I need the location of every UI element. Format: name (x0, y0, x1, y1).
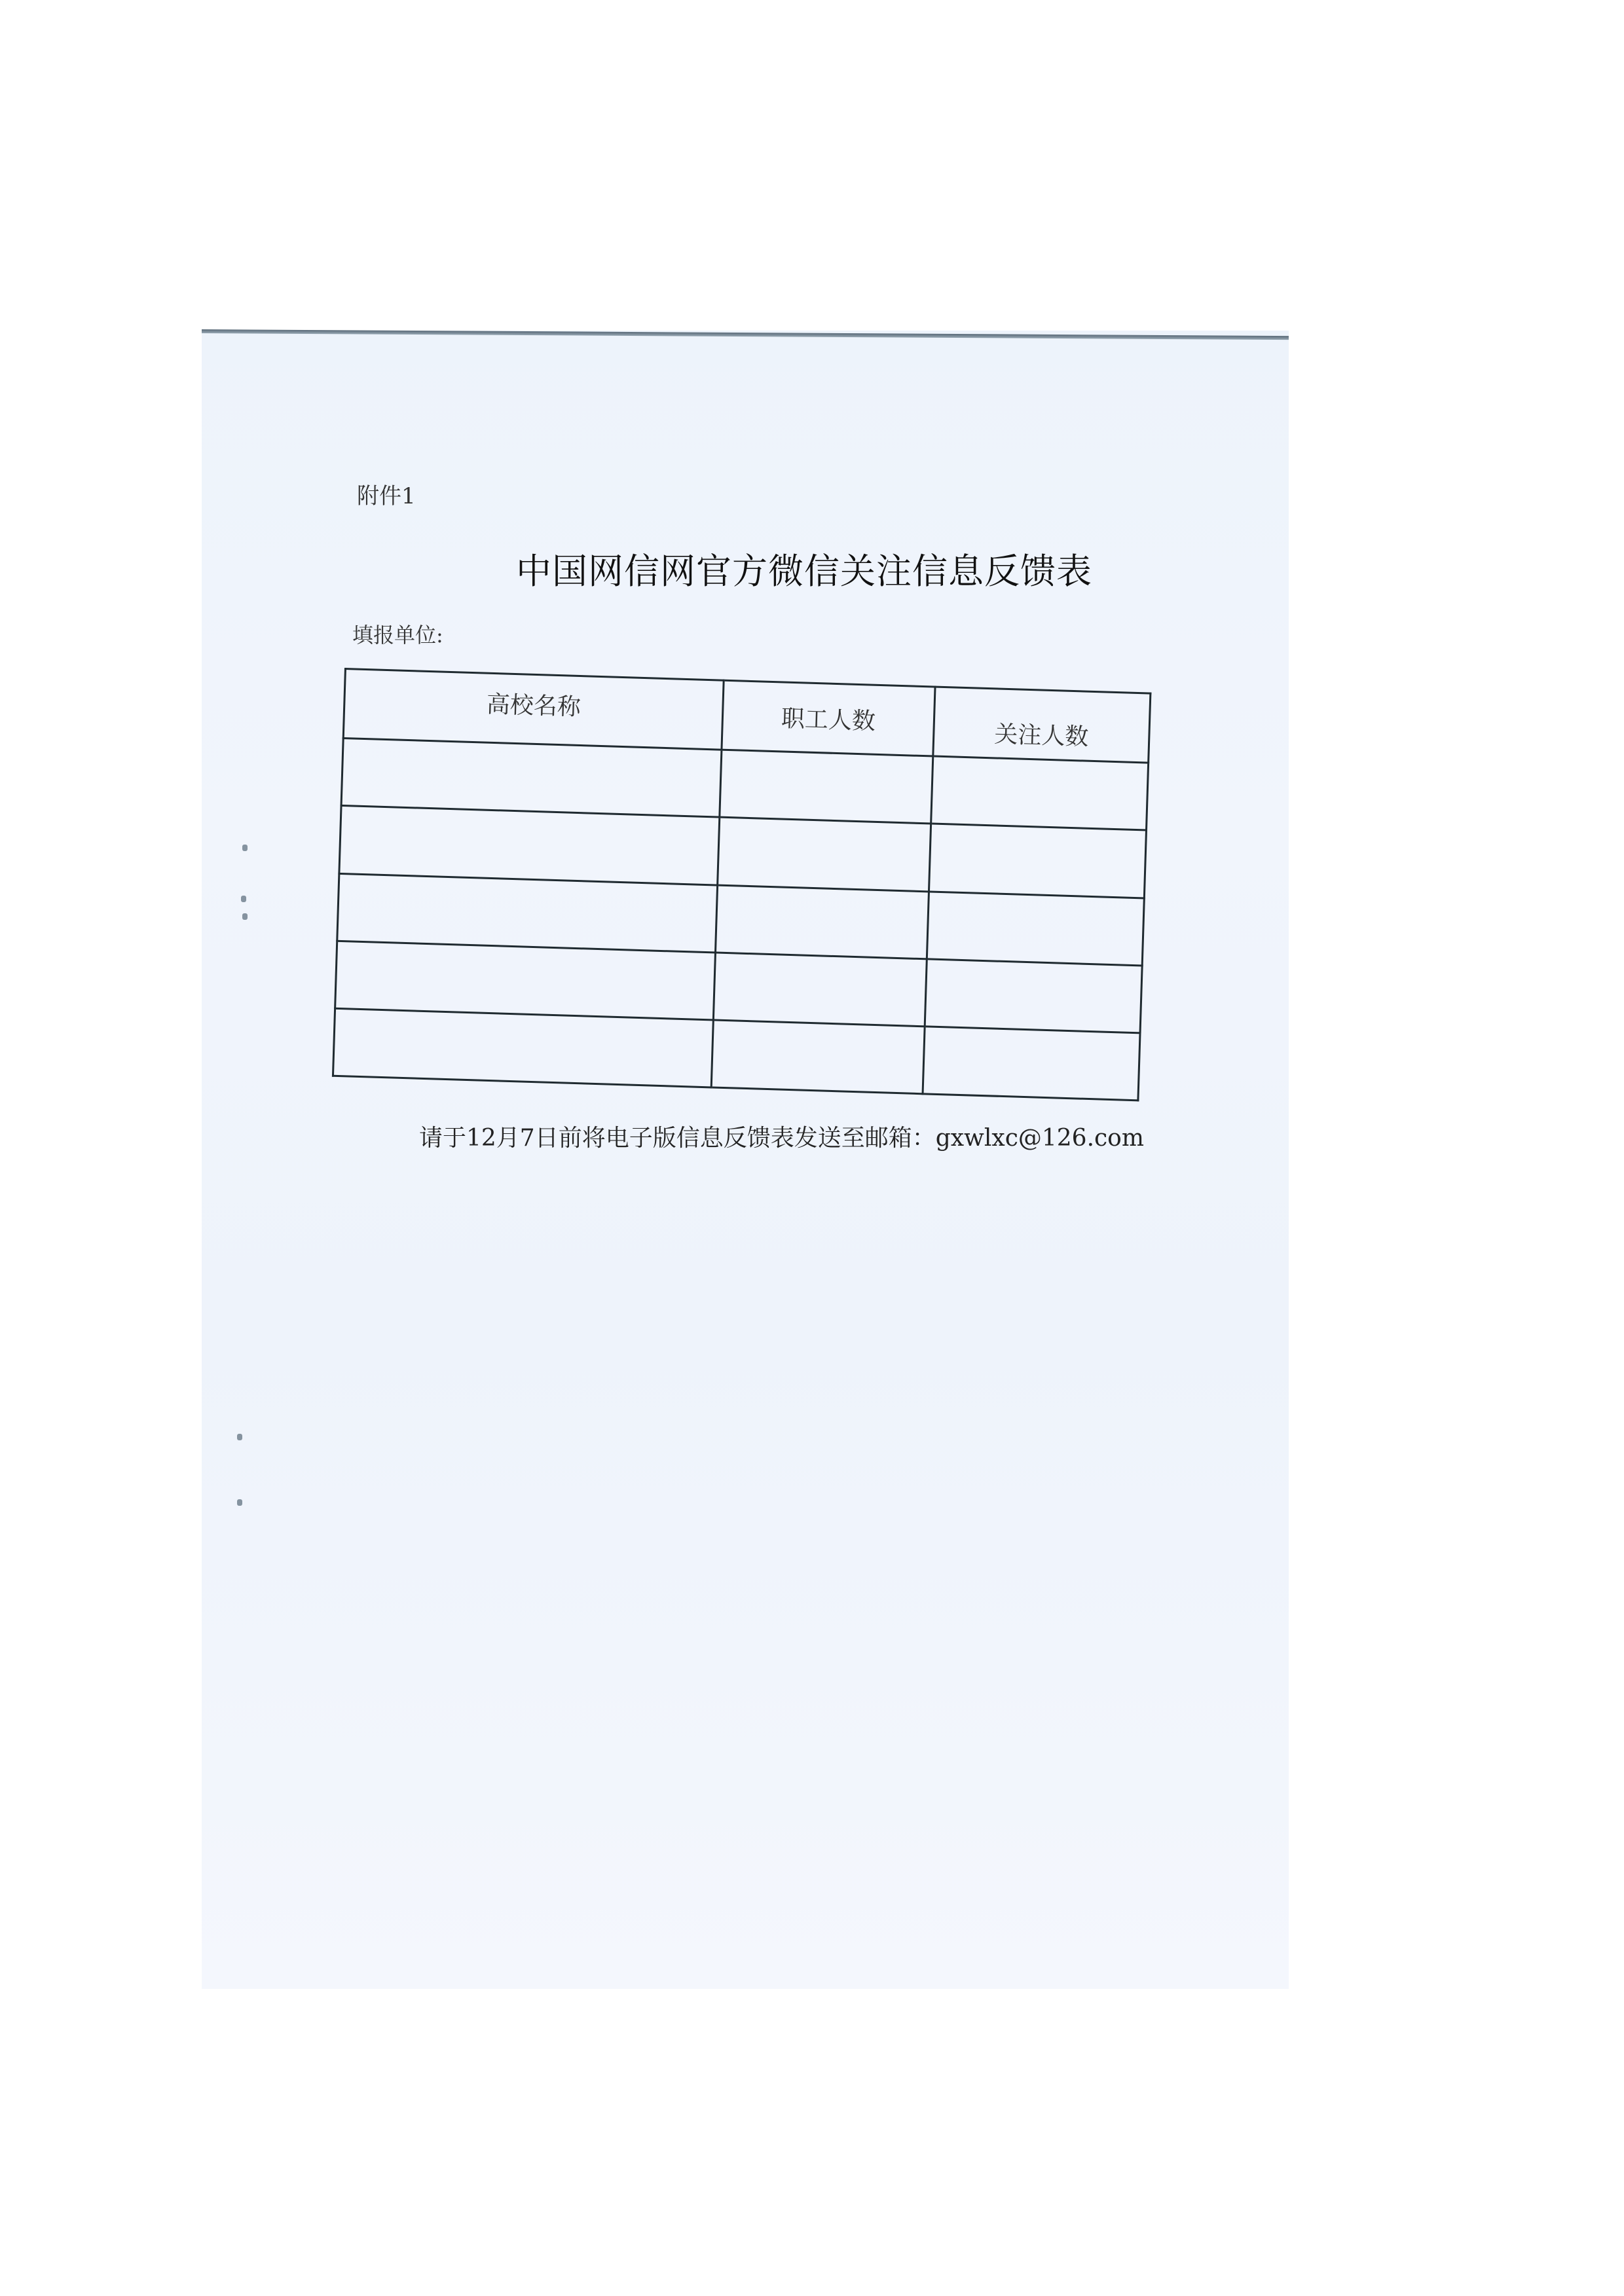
feedback-table: 高校名称 职工人数 关注人数 (332, 668, 1152, 1101)
cell-staff-count[interactable] (718, 817, 931, 891)
attachment-label: 附件1 (357, 478, 416, 510)
binding-hole-mark (242, 845, 248, 851)
page-title: 中国网信网官方微信关注信息反馈表 (516, 543, 1092, 594)
header-follower-count: 关注人数 (933, 687, 1151, 763)
submission-instruction: 请于12月7日前将电子版信息反馈表发送至邮箱：gxwlxc@126.com (419, 1120, 1144, 1153)
binding-hole-mark (241, 896, 246, 902)
cell-follower-count[interactable] (931, 756, 1149, 830)
cell-follower-count[interactable] (923, 1027, 1140, 1101)
cell-school-name[interactable] (335, 941, 716, 1020)
cell-school-name[interactable] (337, 873, 718, 953)
cell-school-name[interactable] (341, 738, 722, 818)
cell-school-name[interactable] (333, 1008, 713, 1087)
binding-hole-mark (237, 1434, 242, 1440)
binding-hole-mark (242, 913, 248, 920)
binding-hole-mark (237, 1499, 242, 1506)
header-school-name: 高校名称 (343, 669, 724, 750)
cell-staff-count[interactable] (715, 885, 929, 959)
cell-follower-count[interactable] (925, 959, 1142, 1033)
header-staff-count: 职工人数 (722, 680, 935, 756)
cell-school-name[interactable] (339, 806, 720, 885)
cell-staff-count[interactable] (720, 750, 933, 824)
cell-follower-count[interactable] (927, 891, 1144, 965)
cell-staff-count[interactable] (711, 1020, 925, 1094)
cell-follower-count[interactable] (929, 824, 1146, 898)
cell-staff-count[interactable] (713, 953, 927, 1027)
reporting-unit-label: 填报单位: (352, 619, 443, 649)
